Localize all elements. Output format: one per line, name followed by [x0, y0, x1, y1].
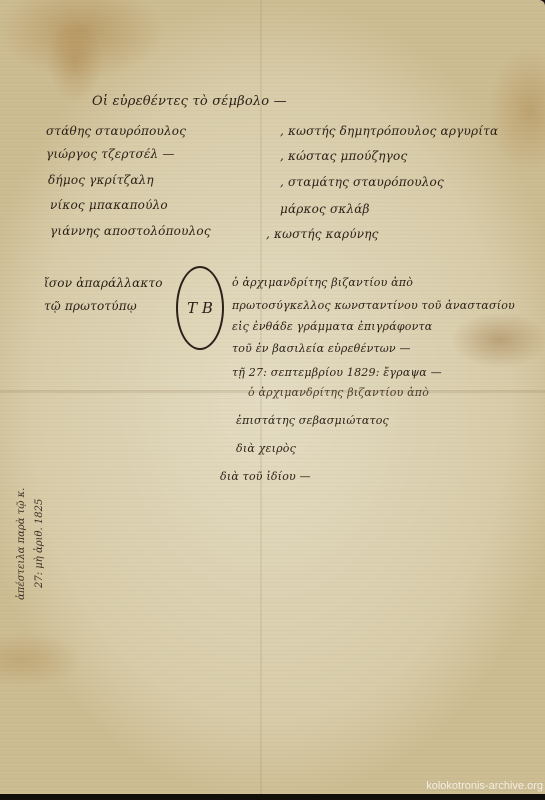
- archive-watermark: kolokotronis-archive.org: [426, 780, 543, 792]
- main-line-8: διὰ χειρὸς: [236, 442, 296, 455]
- main-line-9: διὰ τοῦ ἰδίου —: [220, 470, 311, 483]
- left-name-4: νίκος μπακαπούλο: [50, 198, 168, 212]
- left-note-1: ἴσον ἀπαράλλακτο: [44, 276, 163, 290]
- left-name-2: γιώργος τζερτσέλ —: [46, 147, 175, 161]
- left-name-5: γιάννης αποστολόπουλος: [50, 224, 211, 238]
- right-name-3: , σταμάτης σταυρόπουλος: [280, 175, 444, 189]
- margin-note-2: 27: μὴ ἀριθ. 1825: [34, 499, 45, 588]
- main-line-2: πρωτοσύγκελλος κωνσταντίνου τοῦ ἀναστασί…: [232, 299, 515, 312]
- right-name-4: μάρκος σκλάβ: [280, 202, 370, 216]
- main-line-1: ὁ ἀρχιμανδρίτης βιζαντίου ἀπὸ: [232, 276, 413, 289]
- left-name-3: δήμος γκρίτζαλη: [48, 173, 154, 187]
- main-line-4: τοῦ ἐν βασιλεία εὑρεθέντων —: [232, 342, 411, 355]
- main-line-7: ἐπιστάτης σεβασμιώτατος: [236, 414, 389, 427]
- left-note-2: τῷ πρωτοτύπῳ: [44, 299, 137, 313]
- scan-edge: [0, 794, 545, 800]
- main-line-3: εἰς ἐνθάδε γράμματα ἐπιγράφοντα: [232, 320, 432, 333]
- date-line: τῇ 27: σεπτεμβρίου 1829: ἔγραψα —: [232, 366, 442, 379]
- margin-note-1: ἀπέστειλα παρὰ τῷ κ.: [16, 488, 27, 600]
- main-line-6: ὁ ἀρχιμανδρίτης βιζαντίου ἀπὸ: [248, 386, 429, 399]
- manuscript-page: Οἱ εὑρεθέντες τὸ σέμβολο — στάθης σταυρό…: [0, 0, 545, 795]
- seal-monogram: Τ Β: [176, 266, 224, 350]
- left-name-1: στάθης σταυρόπουλος: [46, 124, 186, 138]
- right-name-1: , κωστής δημητρόπουλος αργυρίτα: [280, 124, 498, 138]
- right-name-5: , κωστής καρύνης: [266, 227, 379, 241]
- heading: Οἱ εὑρεθέντες τὸ σέμβολο —: [92, 94, 287, 109]
- right-name-2: , κώστας μπούζηγος: [280, 149, 407, 163]
